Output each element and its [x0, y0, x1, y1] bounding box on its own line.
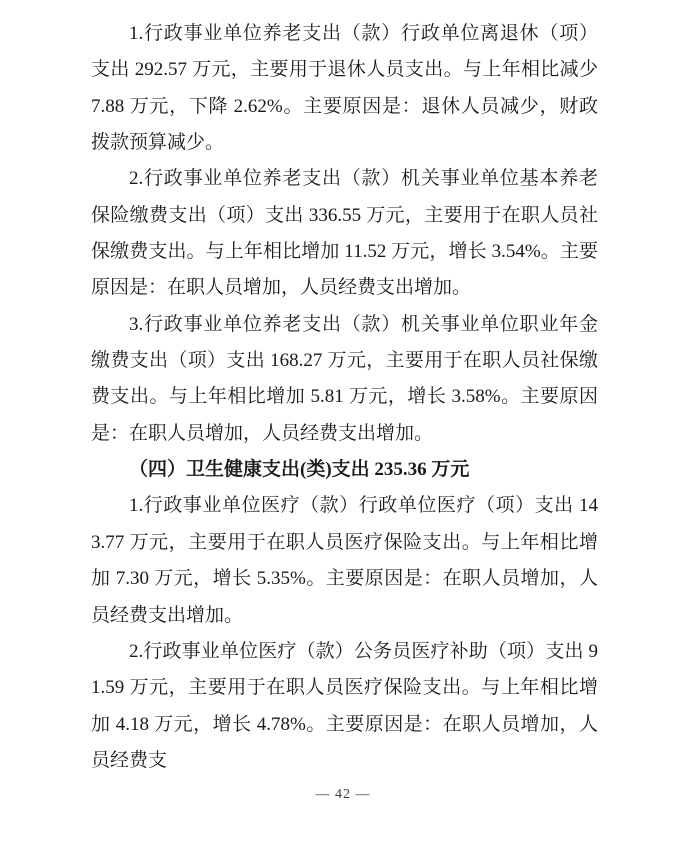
section-heading-health-expenditure: （四）卫生健康支出(类)支出 235.36 万元 — [91, 452, 598, 488]
page-number: — 42 — — [0, 786, 686, 804]
document-body: 1.行政事业单位养老支出（款）行政单位离退休（项）支出 292.57 万元，主要… — [91, 16, 598, 779]
document-page: 1.行政事业单位养老支出（款）行政单位离退休（项）支出 292.57 万元，主要… — [0, 0, 686, 866]
paragraph-pension-item-1: 1.行政事业单位养老支出（款）行政单位离退休（项）支出 292.57 万元，主要… — [91, 16, 598, 161]
paragraph-medical-item-2: 2.行政事业单位医疗（款）公务员医疗补助（项）支出 91.59 万元，主要用于在… — [91, 634, 598, 779]
paragraph-pension-item-3: 3.行政事业单位养老支出（款）机关事业单位职业年金缴费支出（项）支出 168.2… — [91, 307, 598, 452]
paragraph-pension-item-2: 2.行政事业单位养老支出（款）机关事业单位基本养老保险缴费支出（项）支出 336… — [91, 161, 598, 306]
paragraph-medical-item-1: 1.行政事业单位医疗（款）行政单位医疗（项）支出 143.77 万元，主要用于在… — [91, 488, 598, 633]
